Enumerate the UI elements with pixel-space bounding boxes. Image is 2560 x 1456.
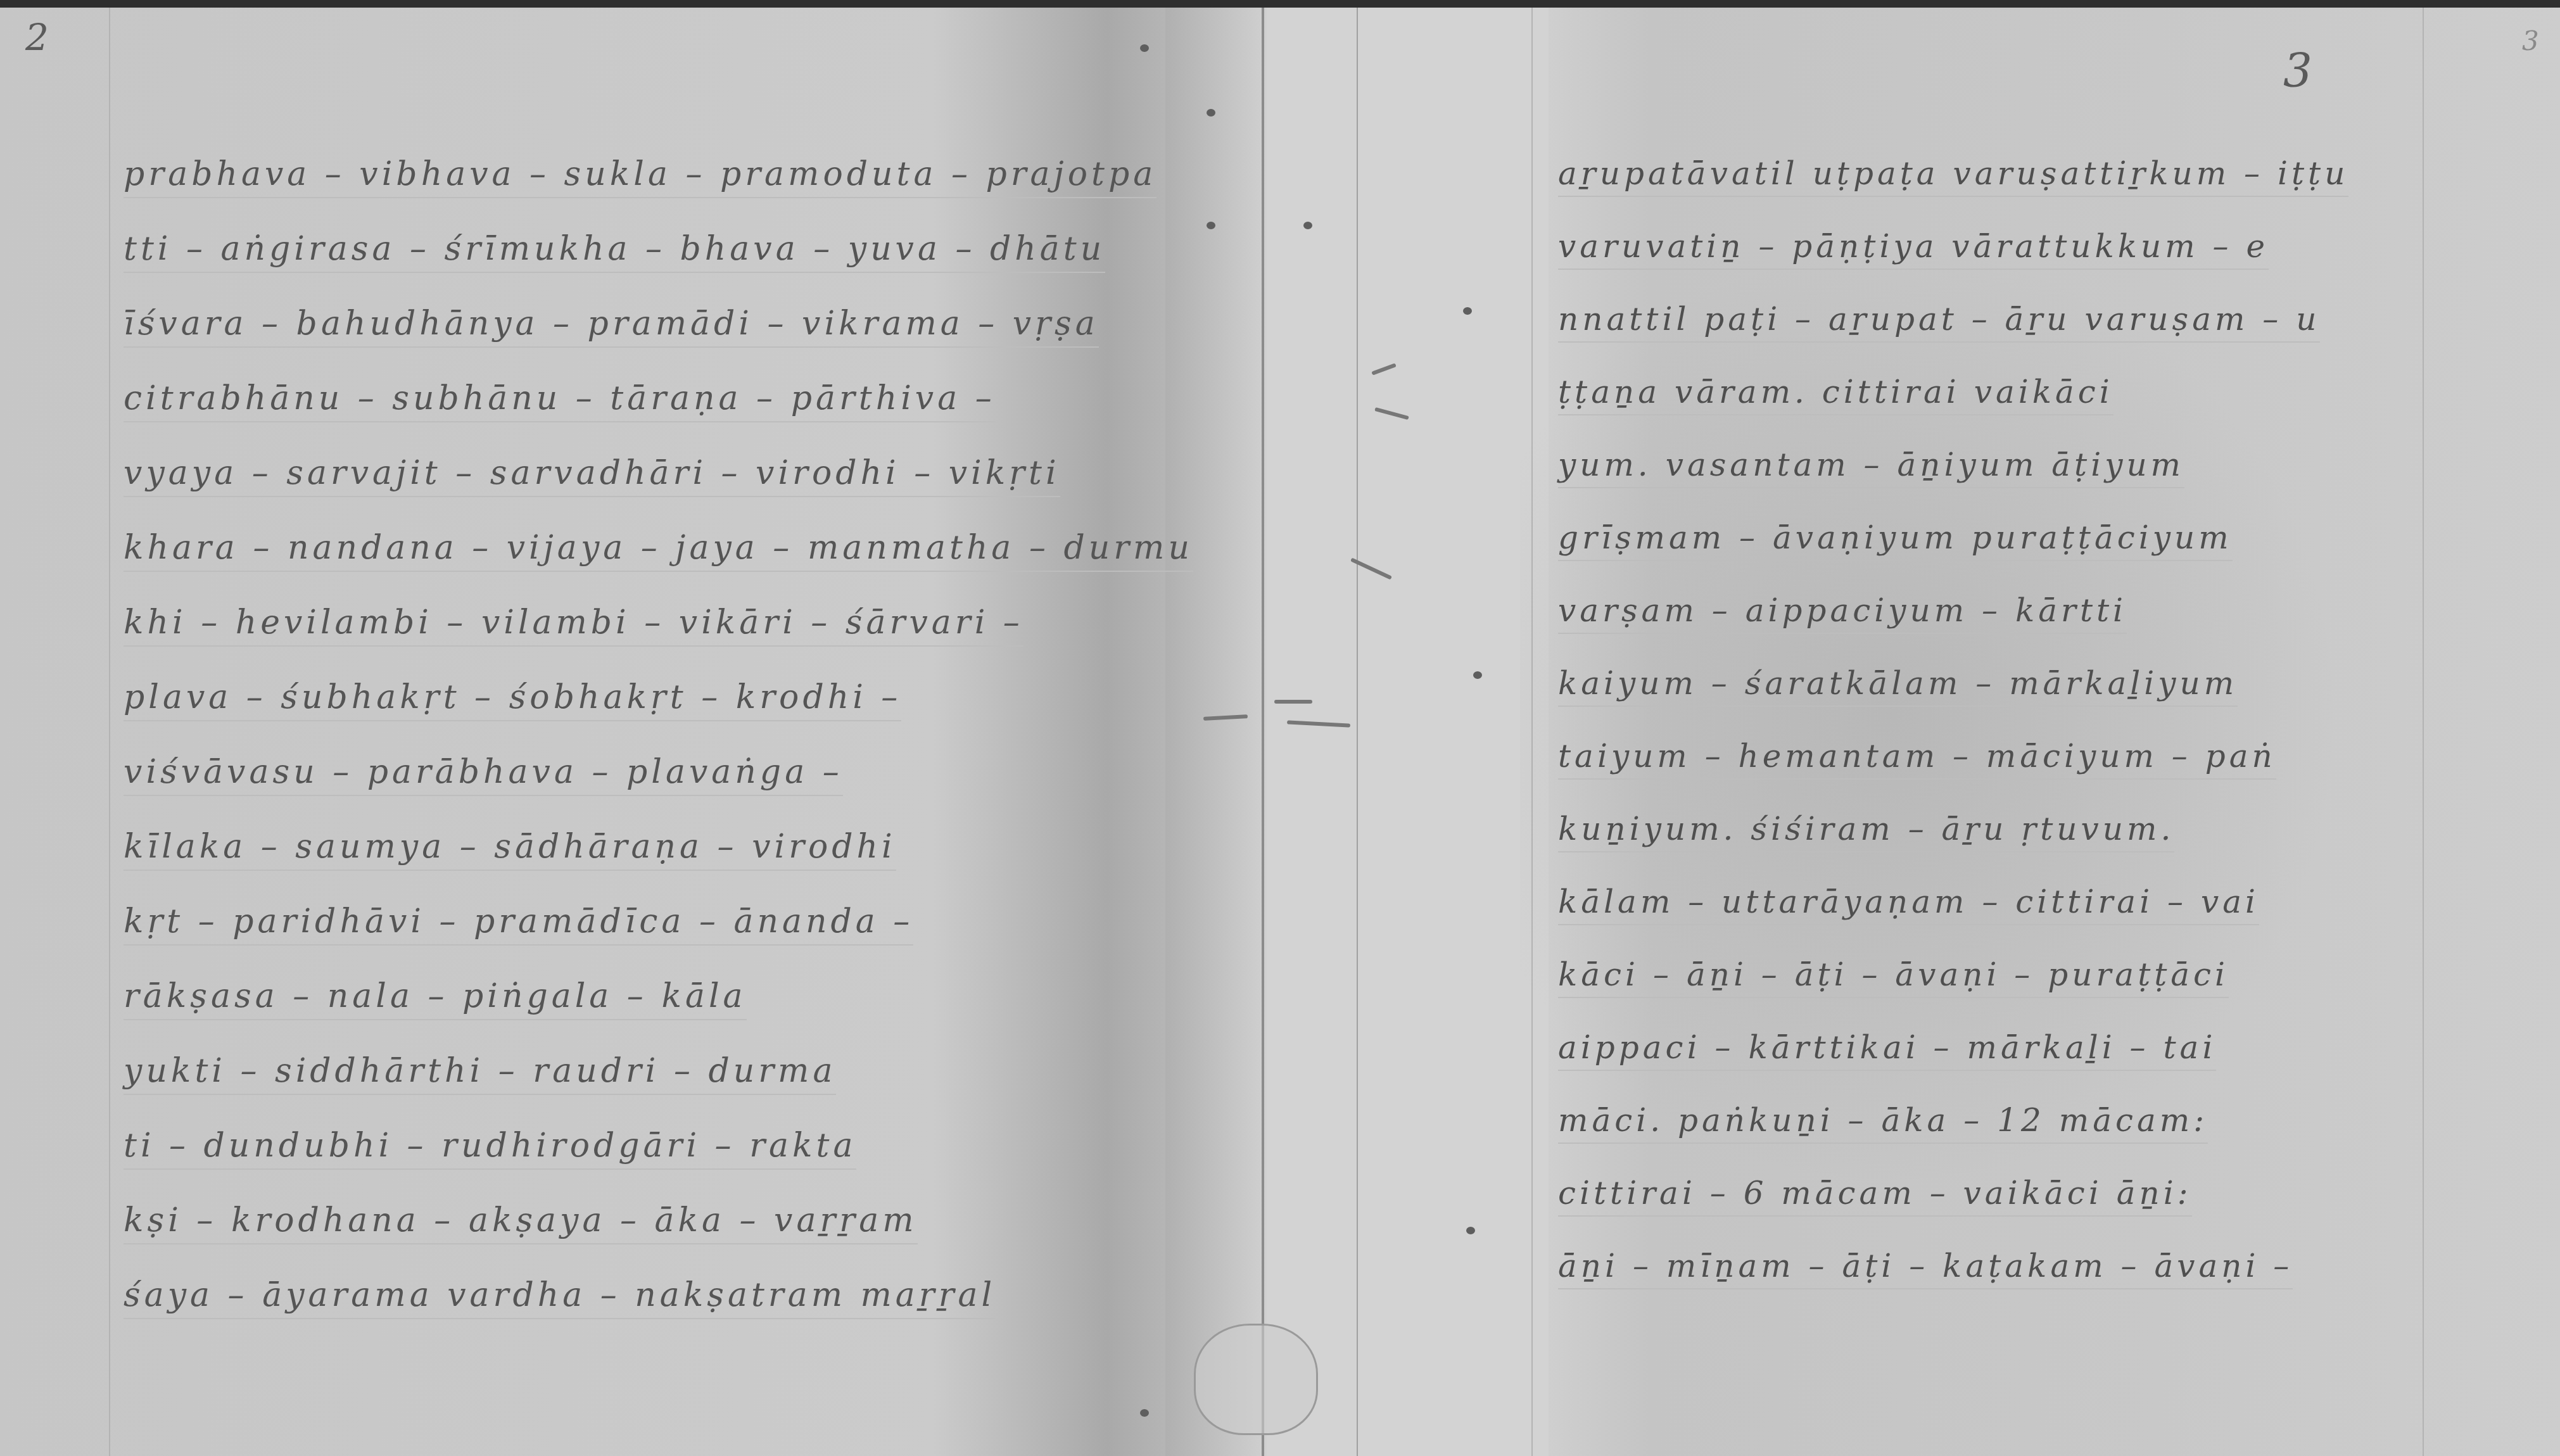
manuscript-line: taiyum – hemantam – māciyum – paṅ — [1558, 738, 2276, 780]
manuscript-line: yum. vasantam – āṉiyum āṭiyum — [1558, 446, 2184, 488]
manuscript-line: kuṉiyum. śiśiram – āṟu ṛtuvum. — [1558, 811, 2174, 852]
ink-streak — [1274, 700, 1312, 704]
ink-speck — [1473, 671, 1482, 679]
manuscript-line: kāci – āṉi – āṭi – āvaṇi – puraṭṭāci — [1558, 956, 2229, 998]
manuscript-line: yukti – siddhārthi – raudri – durma — [124, 1052, 836, 1095]
ink-speck — [1466, 1227, 1475, 1234]
manuscript-line: kṛt – paridhāvi – pramādīca – ānanda – — [124, 902, 913, 946]
ink-speck — [1207, 222, 1215, 229]
manuscript-line: īśvara – bahudhānya – pramādi – vikrama … — [124, 305, 1099, 348]
manuscript-line: nnattil paṭi – aṟupat – āṟu varuṣam – u — [1558, 301, 2320, 343]
manuscript-line: prabhava – vibhava – sukla – pramoduta –… — [124, 155, 1156, 198]
right-margin-rule — [2423, 8, 2424, 1456]
manuscript-line: cittirai – 6 mācam – vaikāci āṉi: — [1558, 1175, 2192, 1217]
manuscript-line: khara – nandana – vijaya – jaya – manmat… — [124, 529, 1193, 572]
ink-speck — [1140, 44, 1149, 52]
manuscript-line: kīlaka – saumya – sādhāraṇa – virodhi — [124, 828, 896, 871]
manuscript-line: ṭṭaṉa vāram. cittirai vaikāci — [1558, 374, 2113, 415]
page-number-left: 2 — [25, 16, 49, 59]
manuscript-line: kaiyum – śaratkālam – mārkaḻiyum — [1558, 665, 2238, 707]
ink-speck — [1207, 109, 1215, 117]
manuscript-line: śaya – āyarama vardha – nakṣatram maṟṟal — [124, 1276, 996, 1319]
left-gutter — [1165, 8, 1267, 1456]
ink-speck — [1463, 307, 1472, 315]
manuscript-line: aṟupatāvatil uṭpaṭa varuṣattiṟkum – iṭṭu — [1558, 155, 2348, 197]
spine-fold — [1262, 8, 1264, 1456]
manuscript-line: rākṣasa – nala – piṅgala – kāla — [124, 977, 747, 1020]
manuscript-line: plava – śubhakṛt – śobhakṛt – krodhi – — [124, 678, 901, 721]
manuscript-line: khi – hevilambi – vilambi – vikāri – śār… — [124, 604, 1023, 647]
water-stain — [1194, 1324, 1318, 1435]
manuscript-line: māci. paṅkuṉi – āka – 12 mācam: — [1558, 1102, 2208, 1144]
manuscript-line: grīṣmam – āvaṇiyum puraṭṭāciyum — [1558, 519, 2233, 561]
manuscript-line: vyaya – sarvajit – sarvadhāri – virodhi … — [124, 454, 1060, 497]
left-margin-rule — [109, 8, 110, 1456]
manuscript-line: ti – dundubhi – rudhirodgāri – rakta — [124, 1127, 856, 1170]
ink-speck — [1140, 1409, 1149, 1417]
manuscript-line: tti – aṅgirasa – śrīmukha – bhava – yuva… — [124, 230, 1105, 273]
manuscript-line: citrabhānu – subhānu – tāraṇa – pārthiva… — [124, 379, 996, 422]
manuscript-line: kālam – uttarāyaṇam – cittirai – vai — [1558, 883, 2259, 925]
manuscript-line: viśvāvasu – parābhava – plavaṅga – — [124, 753, 843, 796]
manuscript-line: kṣi – krodhana – akṣaya – āka – vaṟṟam — [124, 1201, 918, 1244]
center-leaf-rule — [1357, 8, 1358, 1456]
manuscript-line: aippaci – kārttikai – mārkaḻi – tai — [1558, 1029, 2216, 1071]
manuscript-line: āṉi – mīṉam – āṭi – kaṭakam – āvaṇi – — [1558, 1248, 2293, 1289]
manuscript-line: varṣam – aippaciyum – kārtti — [1558, 592, 2127, 634]
page-corner-number: 3 — [2522, 25, 2539, 56]
page-number-right: 3 — [2283, 44, 2312, 98]
ink-speck — [1303, 222, 1312, 229]
manuscript-spread: 2 3 3 prabhava – vibhava – sukla – pramo… — [0, 0, 2560, 1456]
manuscript-line: varuvatiṉ – pāṇṭiya vārattukkum – e — [1558, 228, 2269, 270]
